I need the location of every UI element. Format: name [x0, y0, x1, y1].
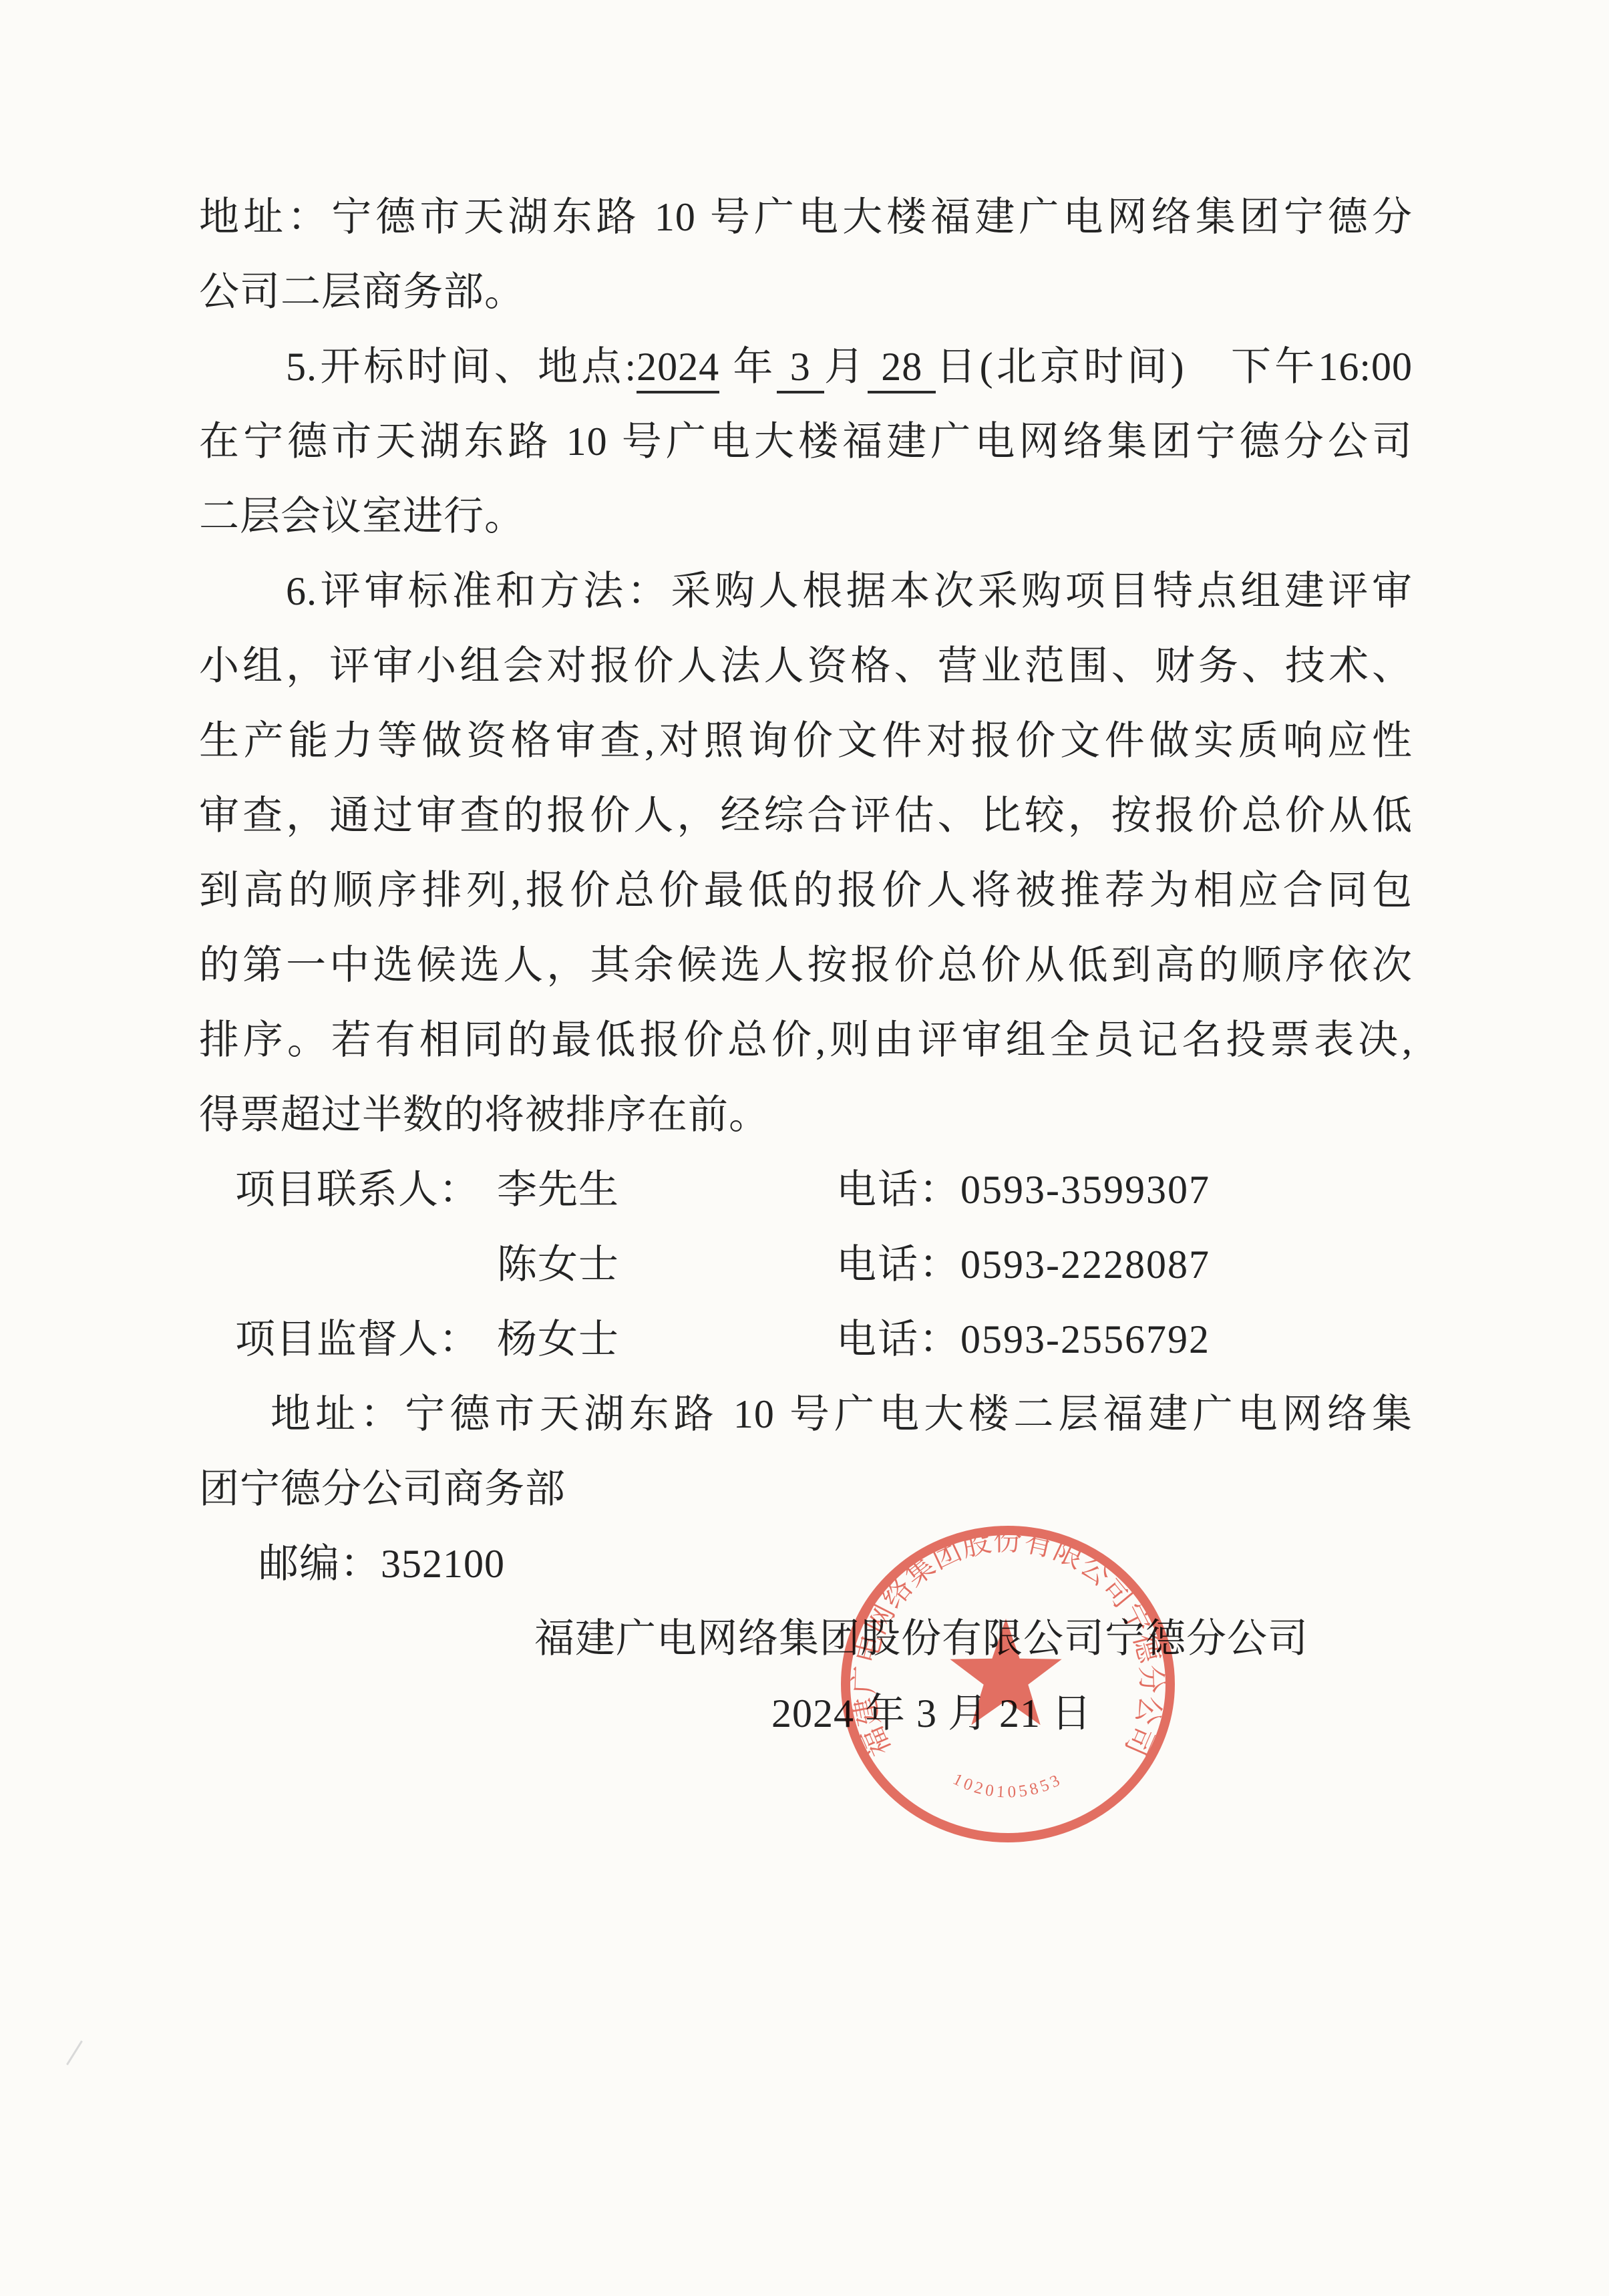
- seal-code-text: 1020105853: [950, 1770, 1065, 1802]
- address-bottom-line1: 地址：宁德市天湖东路 10 号广电大楼二层福建广电网络集: [199, 1377, 1413, 1452]
- official-seal: 福建广电网络集团股份有限公司宁德分公司 1020105853: [834, 1520, 1182, 1848]
- contact-phone: 电话：0593-2556792: [836, 1302, 1210, 1377]
- contact-label: 项目监督人：: [235, 1302, 480, 1377]
- contact-row-2: 陈女士 电话：0593-2228087: [199, 1227, 1413, 1302]
- para6-line5: 到高的顺序排列,报价总价最低的报价人将被推荐为相应合同包: [199, 853, 1413, 928]
- para6-line1: 6.评审标准和方法：采购人根据本次采购项目特点组建评审: [199, 554, 1413, 629]
- postal-code-line: 邮编：352100: [199, 1526, 1413, 1601]
- text-line: 团宁德分公司商务部: [199, 1467, 566, 1511]
- text-line: 到高的顺序排列,报价总价最低的报价人将被推荐为相应合同包: [199, 868, 1413, 913]
- para5-line3: 二层会议室进行。: [199, 479, 1413, 554]
- contact-name: 杨女士: [497, 1302, 619, 1377]
- contact-phone: 电话：0593-2228087: [836, 1227, 1210, 1302]
- para5-day-underlined: 28: [868, 345, 936, 393]
- text-line: 地址：宁德市天湖东路 10 号广电大楼二层福建广电网络集: [271, 1392, 1413, 1436]
- text-line: 6.评审标准和方法：采购人根据本次采购项目特点组建评审: [286, 569, 1413, 613]
- para6-line4: 审查，通过审查的报价人，经综合评估、比较，按报价总价从低: [199, 778, 1413, 853]
- para5-line2: 在宁德市天湖东路 10 号广电大楼福建广电网络集团宁德分公司: [199, 404, 1413, 479]
- postal-code: 邮编：352100: [258, 1542, 505, 1586]
- para6-line3: 生产能力等做资格审查,对照询价文件对报价文件做实质响应性: [199, 703, 1413, 778]
- signature-company-line: 福建广电网络集团股份有限公司宁德分公司: [199, 1601, 1413, 1676]
- text-line: 二层会议室进行。: [199, 494, 525, 538]
- contact-row-1: 项目联系人： 李先生 电话：0593-3599307: [199, 1152, 1413, 1227]
- document-text-block: 地址：宁德市天湖东路 10 号广电大楼福建广电网络集团宁德分 公司二层商务部。 …: [199, 180, 1413, 1751]
- text-line: 得票超过半数的将被排序在前。: [199, 1093, 769, 1137]
- text-line: 排序。若有相同的最低报价总价,则由评审组全员记名投票表决,: [199, 1018, 1413, 1062]
- contact-name: 陈女士: [497, 1227, 619, 1302]
- seal-code-text-el: 1020105853: [950, 1770, 1065, 1802]
- document-page: 地址：宁德市天湖东路 10 号广电大楼福建广电网络集团宁德分 公司二层商务部。 …: [0, 0, 1609, 2296]
- para5-prefix: 5.开标时间、地点:: [286, 345, 637, 389]
- text-line: 的第一中选候选人，其余候选人按报价总价从低到高的顺序依次: [199, 943, 1413, 987]
- para6-line8: 得票超过半数的将被排序在前。: [199, 1078, 1413, 1152]
- para5-sep2: 月: [824, 345, 868, 389]
- signature-date-line: 2024 年 3 月 21 日: [199, 1676, 1413, 1751]
- para5-rest: 日(北京时间) 下午16:00: [936, 345, 1413, 389]
- address-bottom-line2: 团宁德分公司商务部: [199, 1452, 1413, 1526]
- para5-line1: 5.开标时间、地点:2024 年 3 月 28 日(北京时间) 下午16:00: [199, 329, 1413, 404]
- address-top-line1: 地址：宁德市天湖东路 10 号广电大楼福建广电网络集团宁德分: [199, 180, 1413, 255]
- seal-star-icon: [950, 1619, 1061, 1725]
- text-line: 审查，通过审查的报价人，经综合评估、比较，按报价总价从低: [199, 794, 1413, 838]
- text-line: 在宁德市天湖东路 10 号广电大楼福建广电网络集团宁德分公司: [199, 420, 1413, 464]
- text-line: 地址：宁德市天湖东路 10 号广电大楼福建广电网络集团宁德分: [199, 195, 1413, 239]
- para5-sep1: 年: [719, 345, 776, 389]
- para6-line6: 的第一中选候选人，其余候选人按报价总价从低到高的顺序依次: [199, 928, 1413, 1003]
- scan-artifact: [66, 2040, 83, 2065]
- para5-month-underlined: 3: [777, 345, 824, 393]
- contact-label: 项目联系人：: [235, 1152, 480, 1227]
- para5-year-underlined: 2024: [637, 345, 719, 393]
- contact-row-3: 项目监督人： 杨女士 电话：0593-2556792: [199, 1302, 1413, 1377]
- text-line: 公司二层商务部。: [199, 270, 525, 314]
- address-top-line2: 公司二层商务部。: [199, 255, 1413, 329]
- para6-line7: 排序。若有相同的最低报价总价,则由评审组全员记名投票表决,: [199, 1003, 1413, 1078]
- text-line: 生产能力等做资格审查,对照询价文件对报价文件做实质响应性: [199, 719, 1413, 763]
- para6-line2: 小组，评审小组会对报价人法人资格、营业范围、财务、技术、: [199, 629, 1413, 703]
- text-line: 小组，评审小组会对报价人法人资格、营业范围、财务、技术、: [199, 644, 1413, 688]
- contact-name: 李先生: [497, 1152, 619, 1227]
- contact-phone: 电话：0593-3599307: [836, 1152, 1210, 1227]
